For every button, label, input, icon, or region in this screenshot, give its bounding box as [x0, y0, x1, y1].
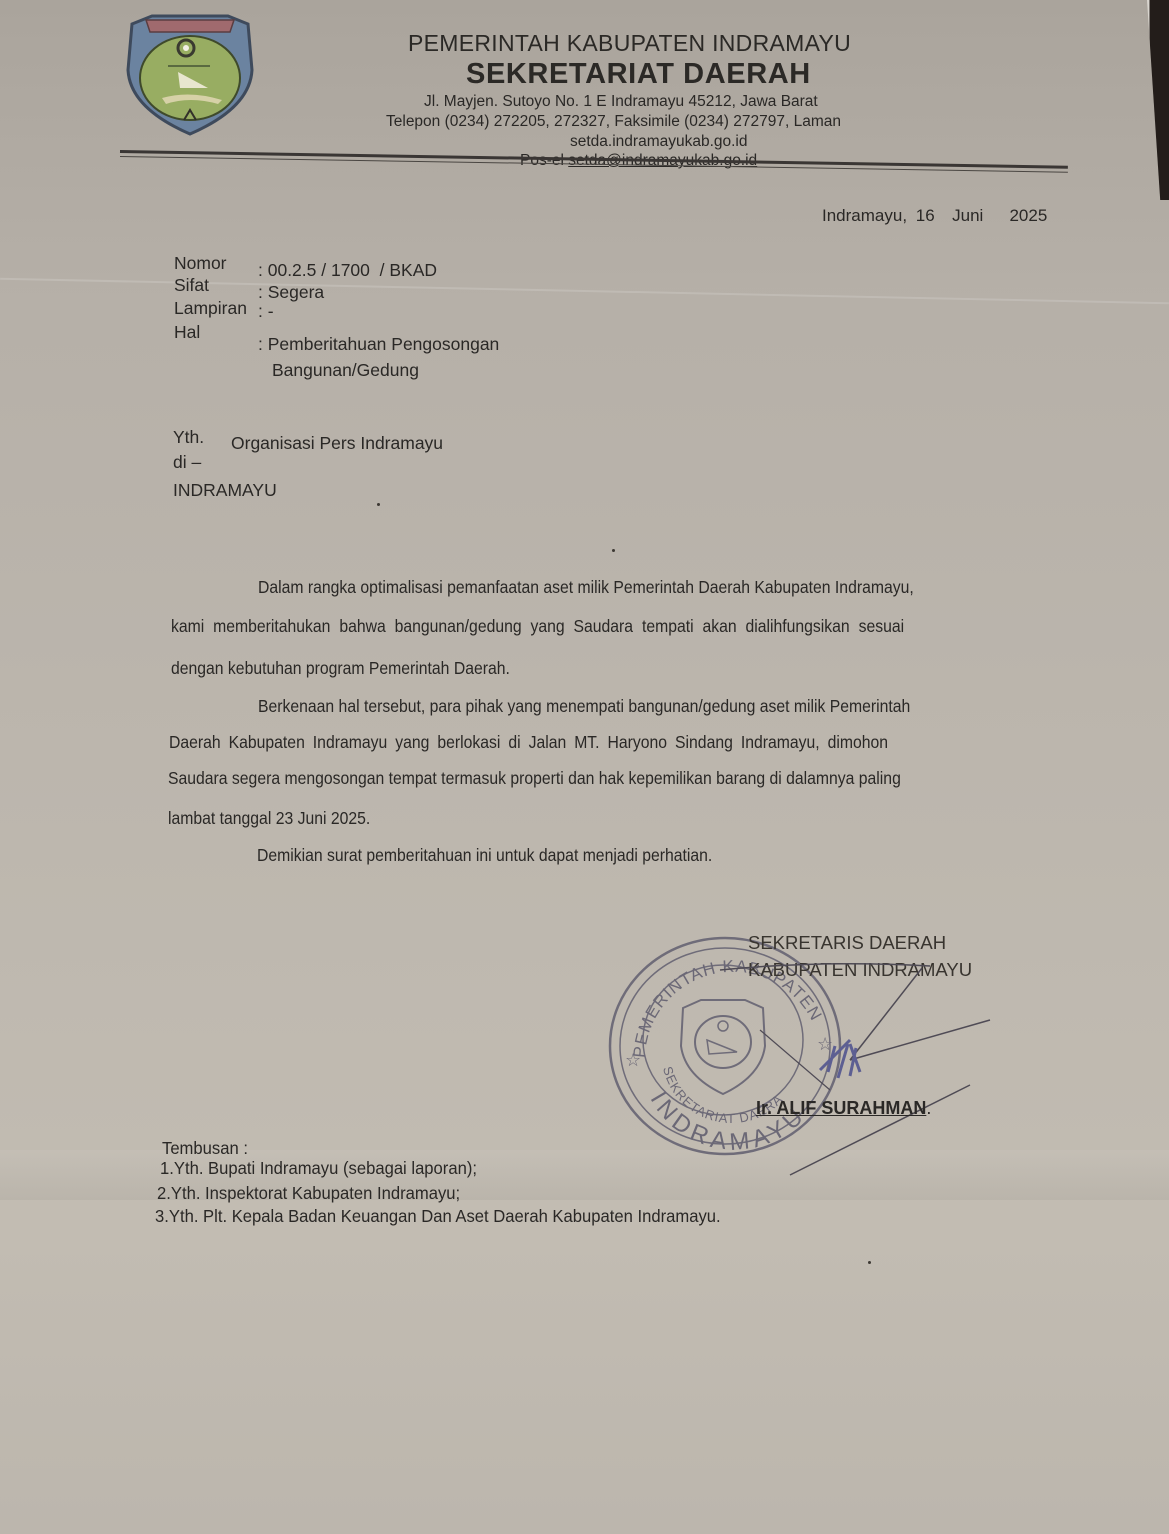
- svg-text:☆: ☆: [625, 1050, 641, 1071]
- letterhead-contact: Telepon (0234) 272205, 272327, Faksimile…: [386, 113, 841, 131]
- letterhead-address: Jl. Mayjen. Sutoyo No. 1 E Indramayu 452…: [424, 93, 818, 111]
- letterhead-government: PEMERINTAH KABUPATEN INDRAMAYU: [408, 30, 851, 57]
- body-p2-line4: lambat tanggal 23 Juni 2025.: [168, 808, 370, 829]
- sifat-value: : Segera: [258, 282, 324, 303]
- body-p1-line3: dengan kebutuhan program Pemerintah Daer…: [171, 658, 510, 679]
- recipient-name: Organisasi Pers Indramayu: [231, 433, 443, 454]
- nomor-value: : 00.2.5 / 1700 / BKAD: [258, 260, 437, 281]
- letterhead-website[interactable]: setda.indramayukab.go.id: [570, 133, 748, 151]
- hal-value: : Pemberitahuan Pengosongan: [258, 334, 499, 355]
- body-p2-line2: Daerah Kabupaten Indramayu yang berlokas…: [169, 732, 888, 753]
- recipient-salutation: Yth.: [173, 427, 204, 448]
- ink-speck: [868, 1261, 871, 1264]
- hal-value-line2: Bangunan/Gedung: [272, 360, 419, 381]
- recipient-place: INDRAMAYU: [173, 480, 277, 501]
- tembusan-item-3: 3.Yth. Plt. Kepala Badan Keuangan Dan As…: [155, 1206, 721, 1227]
- signatory-name: Ir. ALIF SURAHMAN.: [756, 1098, 931, 1119]
- letter-date: Indramayu, 16 Juni 2025: [822, 206, 1047, 226]
- letterhead-office: SEKRETARIAT DAERAH: [466, 58, 811, 91]
- tembusan-item-2: 2.Yth. Inspektorat Kabupaten Indramayu;: [157, 1183, 460, 1204]
- body-p2-line3: Saudara segera mengosongan tempat termas…: [168, 768, 901, 789]
- hal-label: Hal: [174, 322, 200, 343]
- paper-edge-shadow: [1147, 0, 1169, 200]
- body-closing: Demikian surat pemberitahuan ini untuk d…: [257, 845, 712, 866]
- recipient-di: di –: [173, 452, 201, 473]
- signatory-name-text: Ir. ALIF SURAHMAN: [756, 1098, 926, 1118]
- signatory-title-line1: SEKRETARIS DAERAH: [748, 932, 946, 954]
- body-p1-line2: kami memberitahukan bahwa bangunan/gedun…: [171, 616, 904, 637]
- tembusan-title: Tembusan :: [162, 1138, 248, 1159]
- kabupaten-indramayu-crest-icon: [122, 10, 258, 138]
- ink-speck: [612, 549, 615, 552]
- letter-page: PEMERINTAH KABUPATEN INDRAMAYU SEKRETARI…: [0, 0, 1169, 1534]
- sifat-label: Sifat: [174, 275, 209, 296]
- handwritten-signature-icon: [700, 960, 1000, 1190]
- body-p2-line1: Berkenaan hal tersebut, para pihak yang …: [258, 696, 910, 717]
- nomor-label: Nomor: [174, 253, 227, 274]
- lampiran-value: : -: [258, 301, 274, 322]
- ink-speck: [377, 503, 380, 506]
- tembusan-item-1: 1.Yth. Bupati Indramayu (sebagai laporan…: [160, 1158, 477, 1179]
- body-p1-line1: Dalam rangka optimalisasi pemanfaatan as…: [258, 577, 914, 598]
- lampiran-label: Lampiran: [174, 298, 247, 319]
- email-label: Pos-el: [520, 152, 564, 169]
